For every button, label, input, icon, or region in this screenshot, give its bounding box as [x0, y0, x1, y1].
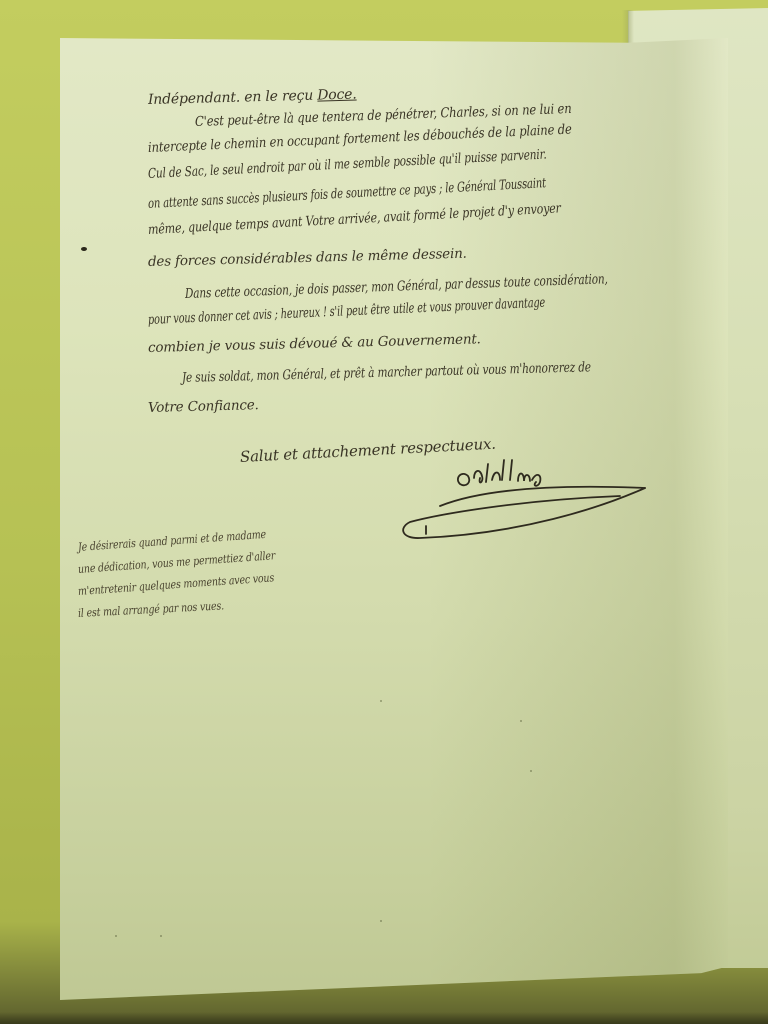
ink-blot — [81, 247, 87, 251]
body-line: Votre Confiance. — [148, 397, 259, 416]
heading-underlined: Doce. — [317, 87, 357, 104]
signature: Dessalines — [400, 448, 650, 543]
table-shadow — [0, 1012, 768, 1024]
signature-flourish-icon — [400, 448, 650, 543]
photo-background: Indépendant. en le reçu Doce. C'est peut… — [0, 0, 768, 1024]
